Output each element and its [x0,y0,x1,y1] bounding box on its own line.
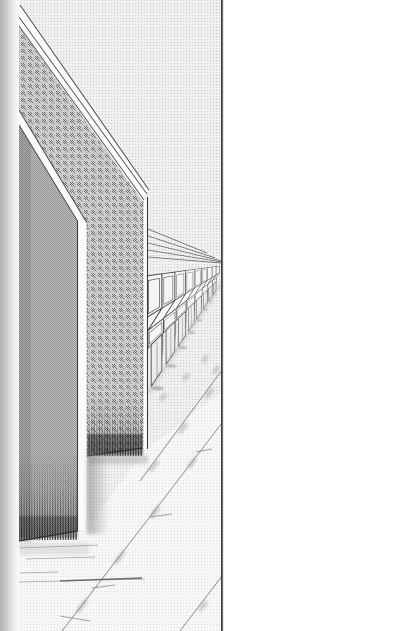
panel-border [221,0,224,631]
panel-artwork [0,0,400,631]
panel-scene [18,0,231,631]
manga-page [0,0,400,631]
